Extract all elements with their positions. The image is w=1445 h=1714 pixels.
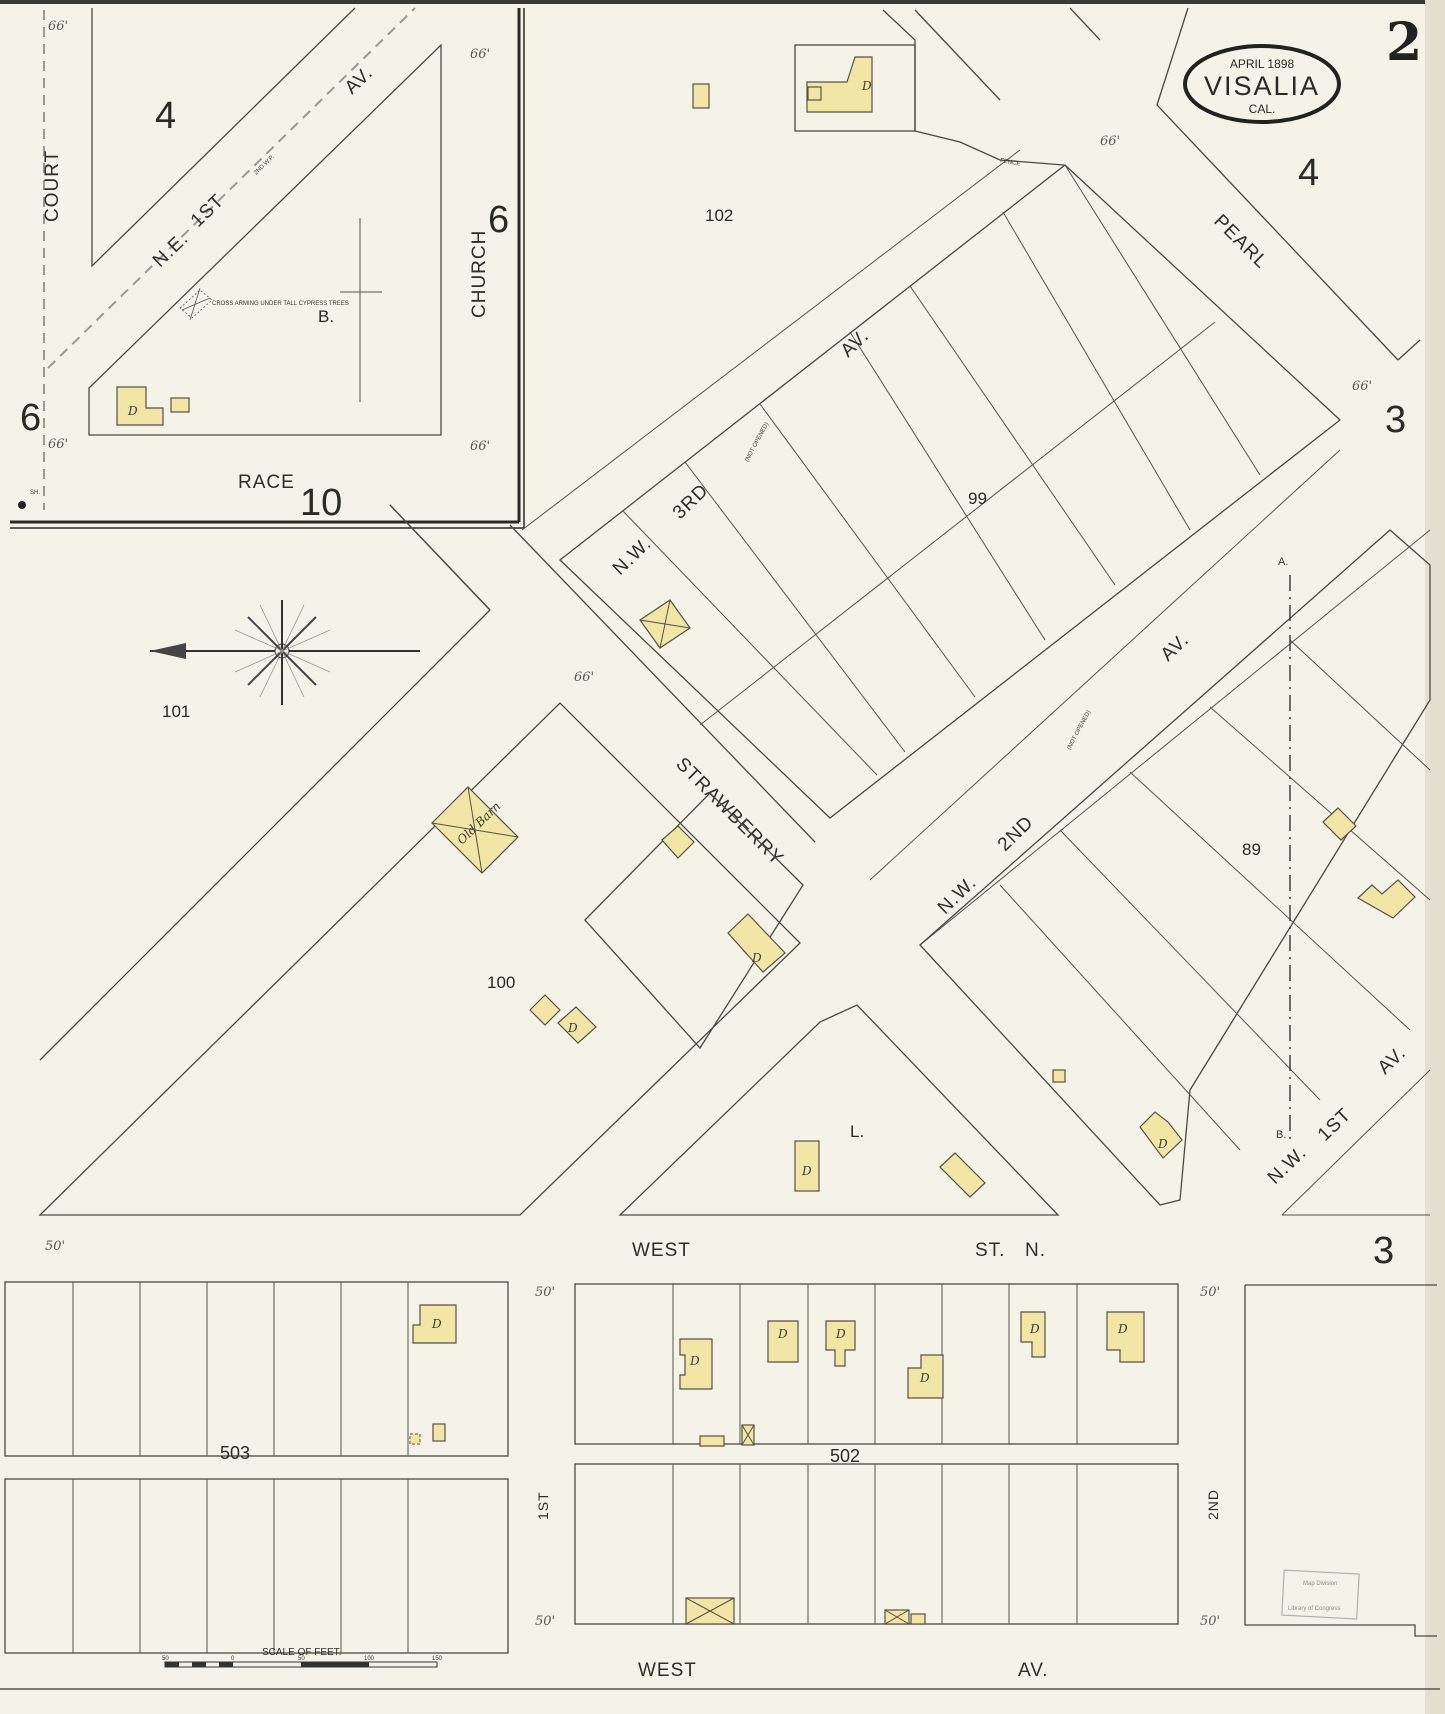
dim-label: 66' bbox=[48, 437, 68, 452]
stamp-text: Library of Congress bbox=[1288, 1606, 1340, 1612]
map-state: CAL. bbox=[1249, 102, 1276, 116]
dwelling-tag: D bbox=[777, 1327, 788, 1341]
dim-label: 66' bbox=[470, 439, 490, 454]
sheet-ref-3-upper[interactable]: 3 bbox=[1385, 399, 1406, 441]
sanborn-map-sheet: SH. B. D CROSS ARMING UNDER TALL CYPRESS… bbox=[0, 0, 1445, 1714]
sheet-ref-4[interactable]: 4 bbox=[155, 95, 176, 137]
sheet-ref-3-lower[interactable]: 3 bbox=[1373, 1230, 1394, 1272]
scale-tick: 100 bbox=[364, 1656, 375, 1662]
coop bbox=[700, 1436, 724, 1446]
street-race: RACE bbox=[238, 472, 295, 493]
map-date: APRIL 1898 bbox=[1230, 57, 1295, 71]
block-101: 101 bbox=[162, 702, 190, 721]
block-102: 102 bbox=[705, 206, 733, 225]
scale-tick: 50 bbox=[162, 1656, 169, 1662]
section-b-label: B. bbox=[1276, 1129, 1286, 1141]
sheet-ref-6-left[interactable]: 6 bbox=[20, 397, 41, 439]
dwelling-tag: D bbox=[835, 1327, 846, 1341]
block-89-label: 89 bbox=[1242, 840, 1261, 859]
block-503-label: 503 bbox=[220, 1443, 250, 1463]
dim-label: 66' bbox=[470, 47, 490, 62]
sheet-ref-4-right[interactable]: 4 bbox=[1298, 152, 1319, 194]
outbuilding bbox=[171, 398, 189, 412]
cypress-note: CROSS ARMING UNDER TALL CYPRESS TREES bbox=[212, 301, 349, 307]
outbuilding bbox=[693, 84, 709, 108]
stamp-text: Map Division bbox=[1303, 1581, 1337, 1587]
section-a-label: A. bbox=[1278, 556, 1288, 568]
street-av: AV. bbox=[1018, 1660, 1048, 1681]
page-number: 2 bbox=[1386, 12, 1422, 73]
dim-label: 66' bbox=[48, 19, 68, 34]
dwelling-tag: D bbox=[689, 1354, 700, 1368]
dim-label: 66' bbox=[1100, 134, 1120, 149]
dwelling-tag: D bbox=[919, 1371, 930, 1385]
dim-label: 50' bbox=[535, 1285, 555, 1300]
street-court: COURT bbox=[42, 150, 63, 222]
dwelling-tag: D bbox=[127, 404, 138, 418]
inset-block-label: B. bbox=[318, 307, 334, 326]
street-1st-st: 1ST bbox=[535, 1491, 551, 1520]
dwelling-tag: D bbox=[1157, 1137, 1168, 1151]
map-city: VISALIA bbox=[1204, 71, 1320, 101]
scale-tick: 150 bbox=[432, 1656, 443, 1662]
dwelling-tag: D bbox=[801, 1164, 812, 1178]
block-l-label: L. bbox=[850, 1122, 864, 1141]
dim-label: 50' bbox=[535, 1614, 555, 1629]
dim-label: 50' bbox=[1200, 1614, 1220, 1629]
sheet-ref-10[interactable]: 10 bbox=[300, 482, 342, 524]
sh-marker bbox=[18, 501, 26, 509]
dim-label: 50' bbox=[1200, 1285, 1220, 1300]
dwelling-tag: D bbox=[751, 951, 762, 965]
street-church: CHURCH bbox=[469, 230, 490, 318]
dwelling-tag: D bbox=[861, 79, 872, 93]
dwelling-tag: D bbox=[567, 1021, 578, 1035]
street-st: ST. bbox=[975, 1240, 1005, 1261]
sheet-ref-6-right[interactable]: 6 bbox=[488, 199, 509, 241]
block-100-label: 100 bbox=[487, 973, 515, 992]
street-west-av: WEST bbox=[638, 1660, 697, 1681]
dim-label: 66' bbox=[1352, 379, 1372, 394]
block-502-label: 502 bbox=[830, 1446, 860, 1466]
street-n: N. bbox=[1025, 1240, 1046, 1261]
scale-tick: 50 bbox=[298, 1656, 305, 1662]
dwelling-tag: D bbox=[1029, 1322, 1040, 1336]
dim-label: 50' bbox=[45, 1239, 65, 1254]
block-99-label: 99 bbox=[968, 489, 987, 508]
title-cartouche: APRIL 1898 VISALIA CAL. bbox=[1185, 46, 1339, 122]
dwelling-tag: D bbox=[431, 1317, 442, 1331]
street-2nd-st: 2ND bbox=[1205, 1489, 1221, 1520]
dim-label: 66' bbox=[574, 670, 594, 685]
street-west: WEST bbox=[632, 1240, 691, 1261]
dwelling-tag: D bbox=[1117, 1322, 1128, 1336]
sh-label: SH. bbox=[30, 490, 40, 496]
